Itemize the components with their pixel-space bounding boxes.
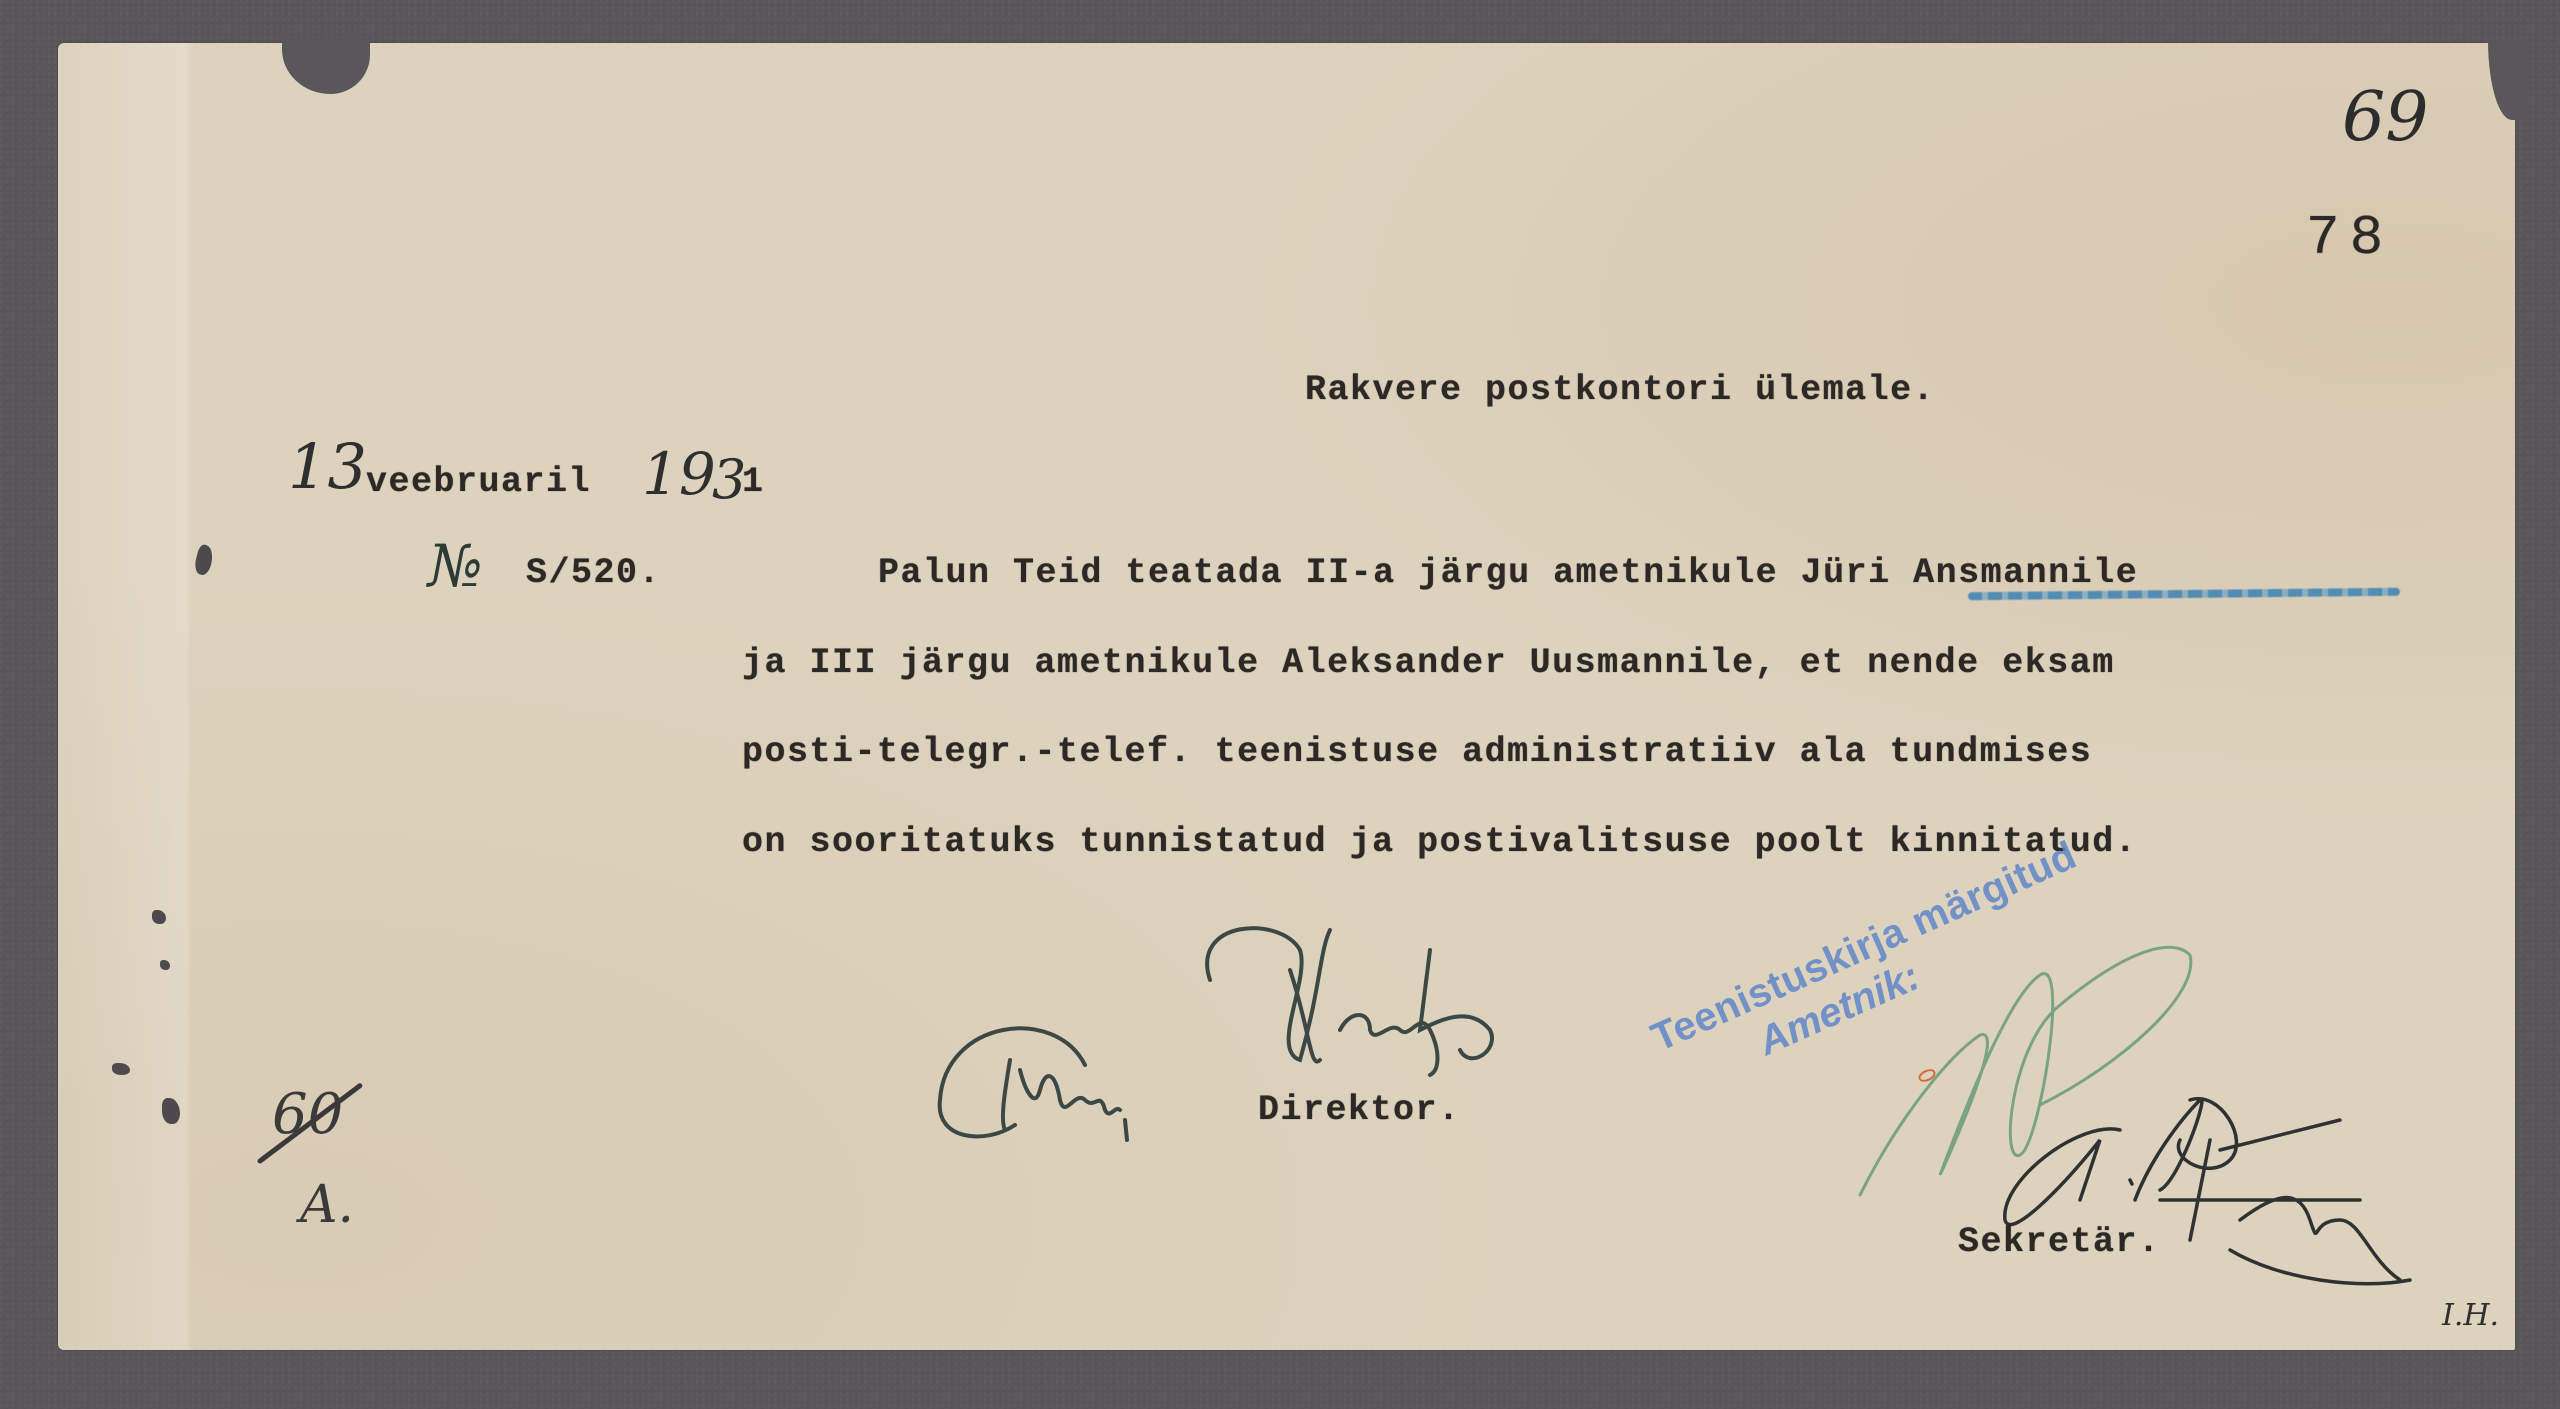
initials: I.H. [2442,1298,2499,1333]
binding-hole [152,910,166,924]
signature-secretary [1980,1080,2420,1320]
date-day: 13 [288,430,367,503]
body-line-2: ja III järgu ametnikule Aleksander Uusma… [742,643,2115,683]
number-sign: № [428,532,483,600]
body-line-1: Palun Teid teatada II-a järgu ametnikule… [878,553,2138,593]
director-title: Direktor. [1258,1090,1461,1130]
secretary-title: Sekretär. [1958,1222,2161,1262]
binding-hole [112,1063,130,1075]
addressee: Rakvere postkontori ülemale. [1305,370,1935,410]
archive-number-top: 69 [2342,78,2429,157]
reference-number: S/520. [526,553,661,593]
body-line-4: on sooritatuks tunnistatud ja postivalit… [742,822,2137,862]
date-month: veebruaril [366,462,591,502]
body-line-3: posti-telegr.-telef. teenistuse administ… [742,732,2092,772]
margin-note-numerator: 60 [272,1082,343,1147]
signature-director-lower [935,1010,1225,1150]
date-year-hand: 19 [642,440,716,508]
date-year-typed: 1 [742,462,765,502]
margin-note-denominator: A. [300,1175,354,1235]
binding-hole [160,960,170,970]
archive-number-stamped: 78 [2306,206,2393,270]
